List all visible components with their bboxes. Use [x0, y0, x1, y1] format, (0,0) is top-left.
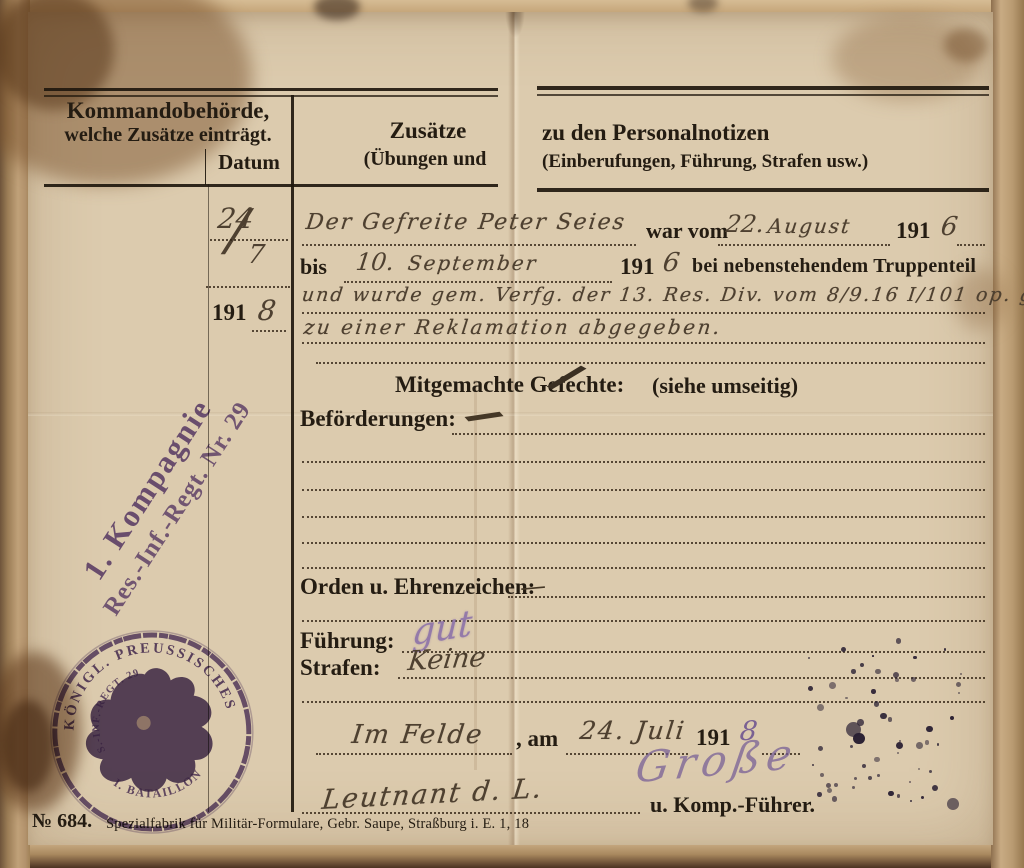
- strafen-value: Keine: [406, 642, 487, 677]
- entry-day1: 22.: [724, 210, 766, 238]
- entry-year2-print: 191: [620, 254, 655, 280]
- form-number: № 684.: [32, 810, 92, 833]
- orden-label: Orden u. Ehrenzeichen:: [300, 574, 535, 600]
- rank-printed: u. Komp.-Führer.: [650, 792, 815, 818]
- dotted-line: [302, 244, 636, 246]
- entry-war-vom: war vom: [646, 218, 728, 244]
- book-edge-right: [991, 0, 1024, 868]
- dotted-line: [344, 281, 612, 283]
- dotted-line: [302, 567, 985, 569]
- attestation-place: Im Felde: [350, 720, 485, 750]
- attestation-am: , am: [516, 726, 558, 752]
- dotted-line: [316, 753, 512, 755]
- header-datum: Datum: [206, 150, 292, 175]
- entry-month1: August: [767, 214, 853, 238]
- dotted-line: [302, 342, 985, 344]
- entry-month: 7: [246, 240, 266, 270]
- dotted-line: [302, 620, 985, 622]
- book-edge-left: [0, 0, 30, 868]
- dotted-line: [210, 239, 288, 241]
- dotted-line: [302, 516, 985, 518]
- entry-name: Der Gefreite Peter Seies: [304, 210, 627, 235]
- entry-year-printed: 191: [212, 300, 247, 326]
- entry-day2: 10.: [354, 248, 396, 276]
- befoerderungen-label: Beförderungen:: [300, 406, 456, 432]
- book-edge-bottom: [0, 843, 1024, 868]
- entry-bis: bis: [300, 254, 327, 280]
- entry-line3: und wurde gem. Verfg. der 13. Res. Div. …: [301, 284, 1024, 306]
- dotted-line: [302, 461, 985, 463]
- rule-top-right-b: [537, 94, 989, 96]
- entry-line4: zu einer Reklamation abgegeben.: [303, 315, 724, 339]
- dotted-line: [302, 312, 985, 314]
- dotted-line: [302, 542, 985, 544]
- header-authority-line1: Kommandobehörde,: [48, 98, 288, 124]
- dotted-line: [452, 433, 985, 435]
- header-einberufungen: (Einberufungen, Führung, Strafen usw.): [542, 151, 868, 173]
- printer-imprint: Spezialfabrik für Militär-Formulare, Geb…: [106, 816, 529, 833]
- column-divider-thin: [208, 184, 209, 812]
- entry-rest2: bei nebenstehendem Truppenteil: [692, 255, 976, 278]
- header-uebungen: (Übungen und: [330, 148, 520, 171]
- rule-top-left-b: [44, 95, 498, 97]
- gefechte-note: (siehe umseitig): [652, 373, 798, 399]
- dotted-line: [402, 651, 985, 653]
- rule-top-right-a: [537, 86, 989, 90]
- dotted-line: [508, 596, 985, 598]
- militaerpass-scan: Kommandobehörde, welche Zusätze einträgt…: [0, 0, 1024, 868]
- rule-header-bottom-right: [537, 188, 989, 192]
- dotted-line: [718, 244, 890, 246]
- dotted-line: [302, 489, 985, 491]
- dotted-line: [252, 330, 286, 332]
- header-authority-line2: welche Zusätze einträgt.: [40, 124, 296, 147]
- dotted-line: [316, 362, 985, 364]
- dotted-line: [206, 286, 290, 288]
- dotted-line: [398, 677, 985, 679]
- header-personalnotizen: zu den Personalnotizen: [542, 120, 769, 146]
- dotted-line: [302, 701, 985, 703]
- column-divider-thick: [291, 95, 294, 812]
- entry-month2: September: [407, 251, 539, 275]
- rule-header-bottom-left: [44, 184, 498, 187]
- strafen-label: Strafen:: [300, 655, 380, 681]
- dotted-line: [957, 244, 985, 246]
- entry-year1-print: 191: [896, 218, 931, 244]
- fuehrung-label: Führung:: [300, 628, 395, 654]
- orden-mark: —: [519, 571, 548, 603]
- rule-top-left-a: [44, 88, 498, 91]
- gefechte-heading: Mitgemachte Gefechte:: [395, 372, 624, 398]
- header-zusaetze: Zusätze: [338, 118, 518, 144]
